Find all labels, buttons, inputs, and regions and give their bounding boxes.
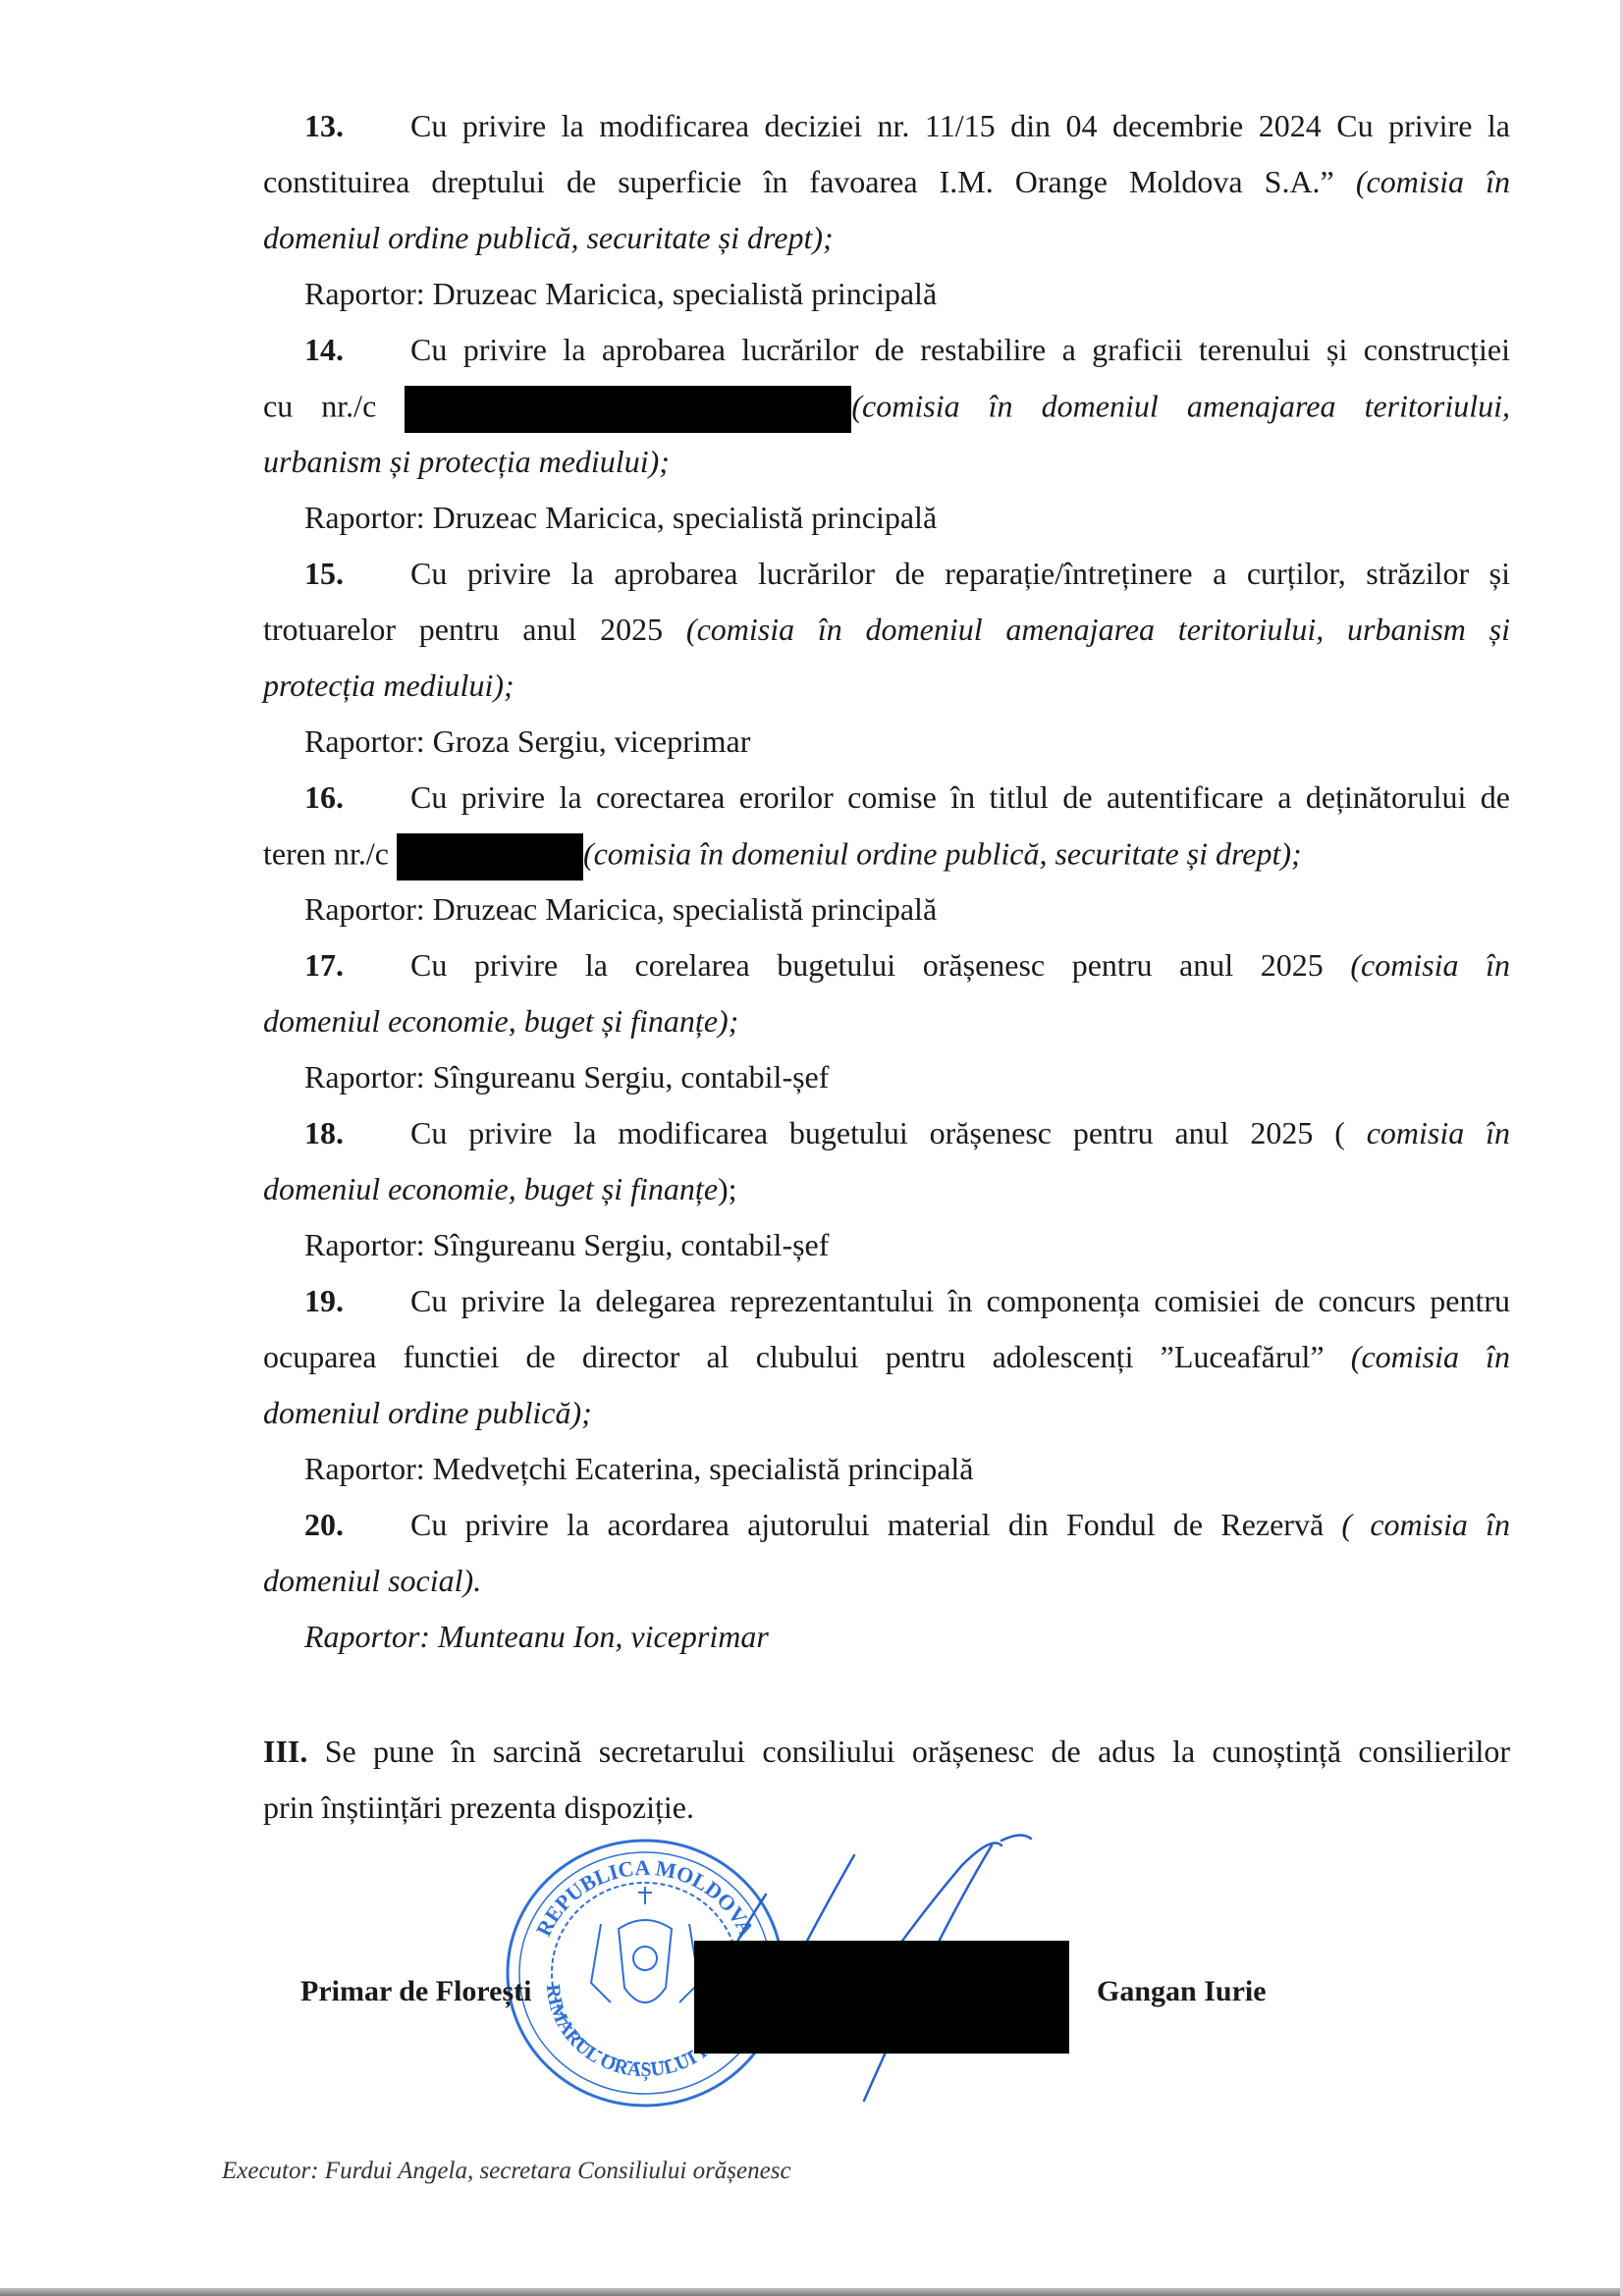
commission-reference: (comisia în [1351,1339,1510,1374]
agenda-item-line: cu nr./c (comisia în domeniul amenajarea… [263,386,1510,425]
section-iii-text: Se pune în sarcină secretarului consiliu… [325,1734,1510,1769]
item-number: 14. [263,330,410,369]
item-text: Cu privire la corelarea bugetului orășen… [410,947,1324,983]
agenda-item-line: domeniul social). [263,1561,1510,1600]
agenda-item-line: 17.Cu privire la corelarea bugetului oră… [263,945,1510,985]
item-text: teren nr./c [263,835,389,871]
raportor-line: Raportor: Munteanu Ion, viceprimar [263,1617,1510,1656]
raportor-line: Raportor: Druzeac Maricica, specialistă … [263,889,1510,929]
signer-name: Gangan Iurie [1097,1975,1267,2008]
item-text: Cu privire la delegarea reprezentantului… [410,1283,1510,1318]
agenda-item-line: 15.Cu privire la aprobarea lucrărilor de… [263,554,1510,593]
item-text: Cu privire la modificarea bugetului orăș… [410,1115,1345,1150]
agenda-item-line: protecția mediului); [263,666,1510,705]
item-number: 15. [263,554,410,593]
commission-reference: domeniul economie, buget și finanțe); [263,1003,738,1039]
agenda-item-line: 16.Cu privire la corectarea erorilor com… [263,777,1510,817]
agenda-item-line: 19.Cu privire la delegarea reprezentantu… [263,1281,1510,1320]
redacted-cadastral-number [405,386,851,433]
commission-reference: (comisia în domeniul amenajarea teritori… [686,612,1510,647]
agenda-item-line: 13.Cu privire la modificarea deciziei nr… [263,106,1510,145]
commission-reference: (comisia în domeniul ordine publică, sec… [583,835,1302,871]
commission-reference: domeniul economie, buget și finanțe [263,1171,718,1206]
agenda-item-line: 20.Cu privire la acordarea ajutorului ma… [263,1505,1510,1544]
item-text: Cu privire la corectarea erorilor comise… [410,779,1510,815]
agenda-item-line: domeniul economie, buget și finanțe); [263,1169,1510,1208]
redacted-cadastral-number [397,833,583,881]
agenda-item-line: 18.Cu privire la modificarea bugetului o… [263,1113,1510,1152]
raportor-line: Raportor: Medvețchi Ecaterina, specialis… [263,1449,1510,1488]
raportor-line: Raportor: Groza Sergiu, viceprimar [263,721,1510,761]
agenda-item-line: domeniul ordine publică, securitate și d… [263,218,1510,257]
agenda-item-line: trotuarelor pentru anul 2025 (comisia în… [263,610,1510,649]
item-number: 20. [263,1505,410,1544]
item-text: trotuarelor pentru anul 2025 [263,612,663,647]
commission-reference: (comisia în [1350,947,1510,983]
item-number: 17. [263,945,410,985]
raportor-line: Raportor: Sîngureanu Sergiu, contabil-șe… [263,1225,1510,1264]
commission-reference: protecția mediului); [263,667,514,703]
scan-border-bottom [0,2288,1623,2296]
agenda-item-line: ocuparea functiei de director al clubulu… [263,1337,1510,1376]
commission-reference: domeniul ordine publică, securitate și d… [263,220,834,255]
commission-reference: domeniul social). [263,1563,481,1598]
item-text: Cu privire la aprobarea lucrărilor de re… [410,556,1510,591]
commission-reference: (comisia în [1356,164,1510,199]
agenda-item-line: 14.Cu privire la aprobarea lucrărilor de… [263,330,1510,369]
commission-reference: ( comisia în [1341,1507,1510,1542]
item-text: constituirea dreptului de superficie în … [263,164,1334,199]
agenda-item-line: domeniul economie, buget și finanțe); [263,1001,1510,1041]
signer-title: Primar de Florești [300,1975,532,2008]
item-text: Cu privire la aprobarea lucrărilor de re… [410,332,1510,367]
item-text: Cu privire la modificarea deciziei nr. 1… [410,108,1510,143]
item-number: 13. [263,106,410,145]
item-number: 19. [263,1281,410,1320]
commission-reference: (comisia în domeniul amenajarea teritori… [851,388,1510,423]
raportor-line: Raportor: Druzeac Maricica, specialistă … [263,498,1510,537]
item-text: ocuparea functiei de director al clubulu… [263,1339,1325,1374]
agenda-item-line: teren nr./c (comisia în domeniul ordine … [263,833,1510,873]
item-number: 16. [263,777,410,817]
agenda-item-line: constituirea dreptului de superficie în … [263,162,1510,201]
item-number: 18. [263,1113,410,1152]
section-iii-label: III. [263,1734,307,1769]
section-iii-line-2: prin înștiințări prezenta dispoziție. [263,1788,1510,1827]
commission-reference: urbanism și protecția mediului); [263,444,670,479]
item-text: cu nr./c [263,388,376,423]
item-text: Cu privire la acordarea ajutorului mater… [410,1507,1324,1542]
raportor-line: Raportor: Sîngureanu Sergiu, contabil-șe… [263,1057,1510,1096]
section-iii-line-1: III. Se pune în sarcină secretarului con… [263,1732,1510,1771]
commission-reference: comisia în [1367,1115,1510,1150]
agenda-item-line: domeniul ordine publică); [263,1393,1510,1432]
executor-note: Executor: Furdui Angela, secretara Consi… [222,2158,791,2185]
commission-reference: domeniul ordine publică); [263,1395,592,1430]
item-text-tail: ); [718,1171,737,1206]
signature-redaction [694,1941,1069,2054]
document-page: 13.Cu privire la modificarea deciziei nr… [0,0,1623,2296]
agenda-item-line: urbanism și protecția mediului); [263,442,1510,481]
raportor-line: Raportor: Druzeac Maricica, specialistă … [263,274,1510,313]
